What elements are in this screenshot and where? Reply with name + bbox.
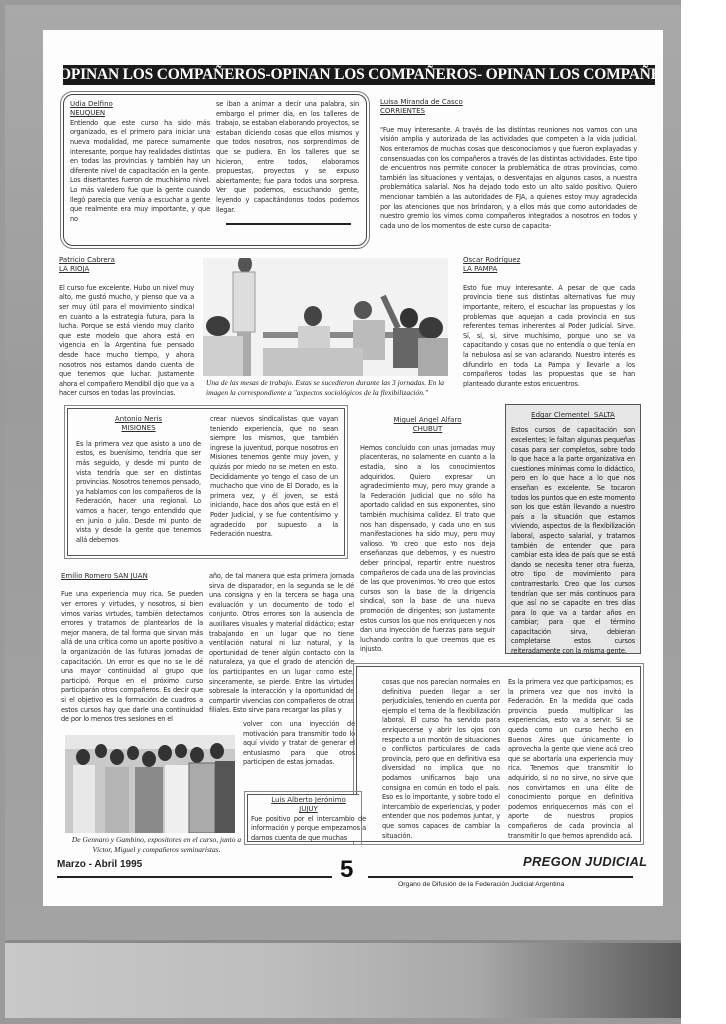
article-text: cosas que nos parecían normales en defin…	[382, 678, 500, 841]
author-province: SALTA	[594, 411, 615, 419]
article-text: Fue positivo por el intercambio de infor…	[251, 815, 366, 844]
article-box-clementel: Edgar Clementel SALTA Estos cursos de ca…	[505, 404, 641, 654]
author-name: Edgar Clementel	[531, 411, 589, 419]
author-province: NEUQUEN	[70, 109, 210, 118]
section-banner: OPINAN LOS COMPAÑEROS-OPINAN LOS COMPAÑE…	[63, 65, 655, 85]
photo-group	[65, 735, 235, 833]
footer-rule-left	[57, 876, 332, 878]
footer-rule-right	[368, 876, 633, 878]
author-name-province: Edgar Clementel SALTA	[511, 411, 635, 420]
author-name: Miguel Angel Alfaro	[360, 416, 495, 425]
article-text: El curso fue excelente. Hubo un nivel mu…	[59, 284, 194, 399]
author-name: Oscar Rodríguez	[463, 256, 635, 265]
article-text: se iban a animar a decir una palabra, si…	[216, 100, 359, 215]
author-province: CORRIENTES	[380, 107, 637, 116]
author-name: Udia Delfino	[70, 100, 210, 109]
article-cabrera: Patricio Cabrera LA RIOJA El curso fue e…	[59, 256, 194, 399]
article-jeronimo-col3: Es la primera vez que participamos; es l…	[508, 678, 633, 841]
article-text: Es la primera vez que asisto a uno de es…	[76, 440, 201, 546]
article-romero: Emilio Romero SAN JUAN Fue una experienc…	[61, 572, 203, 725]
article-text: Hemos concluido con unas jornadas muy pl…	[360, 444, 495, 655]
article-romero-wrap: volver con una inyección de motivación p…	[243, 720, 355, 768]
article-text: año, de tal manera que esta primera jorn…	[209, 572, 354, 716]
issue-date: Marzo - Abril 1995	[57, 859, 142, 870]
article-text: "Fue muy interesante. A través de las di…	[380, 126, 637, 232]
photo-people-illustration	[203, 258, 448, 376]
author-name: Luisa Miranda de Casco	[380, 98, 637, 107]
author-province: MISIONES	[76, 424, 201, 433]
article-rodriguez: Oscar Rodríguez LA PAMPA Esto fue muy in…	[463, 256, 635, 389]
photo-caption: Una de las mesas de trabajo. Estas se su…	[206, 378, 451, 397]
author-province: JUJUY	[251, 805, 366, 814]
author-province: LA RIOJA	[59, 265, 194, 274]
publication-tagline: Organo de Difusión de la Federación Judi…	[398, 881, 564, 888]
author-name: Luis Alberto Jerónimo	[251, 796, 366, 805]
article-box-neris: Antonio Neris MISIONES Es la primera vez…	[67, 408, 345, 556]
article-romero-cont: año, de tal manera que esta primera jorn…	[209, 572, 354, 716]
divider	[226, 223, 351, 225]
article-text: Es la primera vez que participamos; es l…	[508, 678, 633, 841]
author-name: Patricio Cabrera	[59, 256, 194, 265]
article-jeronimo-col2: cosas que nos parecían normales en defin…	[382, 678, 500, 841]
article-text: Estos cursos de capacitación son excelen…	[511, 426, 635, 656]
photo-work-table	[203, 258, 448, 376]
scanner-lid-shadow	[5, 940, 681, 1018]
publication-logo: PREGON JUDICIAL	[523, 854, 647, 869]
article-jeronimo-head: Luis Alberto Jerónimo JUJUY Fue positivo…	[251, 796, 366, 844]
margin-strip	[681, 0, 726, 1024]
article-text: Esto fue muy interesante. A pesar de que…	[463, 284, 635, 390]
article-text: volver con una inyección de motivación p…	[243, 720, 355, 768]
photo-caption: De Gennaro y Gambino, expositores en el …	[69, 835, 244, 854]
article-text: Entiendo que este curso ha sido más orga…	[70, 119, 210, 225]
author-name: Emilio Romero SAN JUAN	[61, 572, 203, 581]
article-casco: Luisa Miranda de Casco CORRIENTES "Fue m…	[380, 98, 637, 231]
newspaper-page: OPINAN LOS COMPAÑEROS-OPINAN LOS COMPAÑE…	[43, 30, 663, 906]
article-alfaro: Miguel Angel Alfaro CHUBUT Hemos conclui…	[360, 416, 495, 655]
banner-title: OPINAN LOS COMPAÑEROS-OPINAN LOS COMPAÑE…	[63, 65, 655, 85]
page-number: 5	[340, 856, 353, 884]
author-province: LA PAMPA	[463, 265, 635, 274]
author-name: Antonio Neris	[76, 415, 201, 424]
photo-group-illustration	[65, 735, 235, 833]
article-text: Fue una experiencia muy rica. Se pueden …	[61, 590, 203, 724]
article-text: crear nuevos sindicalistas que vayan ten…	[210, 415, 338, 540]
author-province: CHUBUT	[360, 425, 495, 434]
article-box-delfino: Udia Delfino NEUQUEN Entiendo que este c…	[63, 94, 367, 246]
